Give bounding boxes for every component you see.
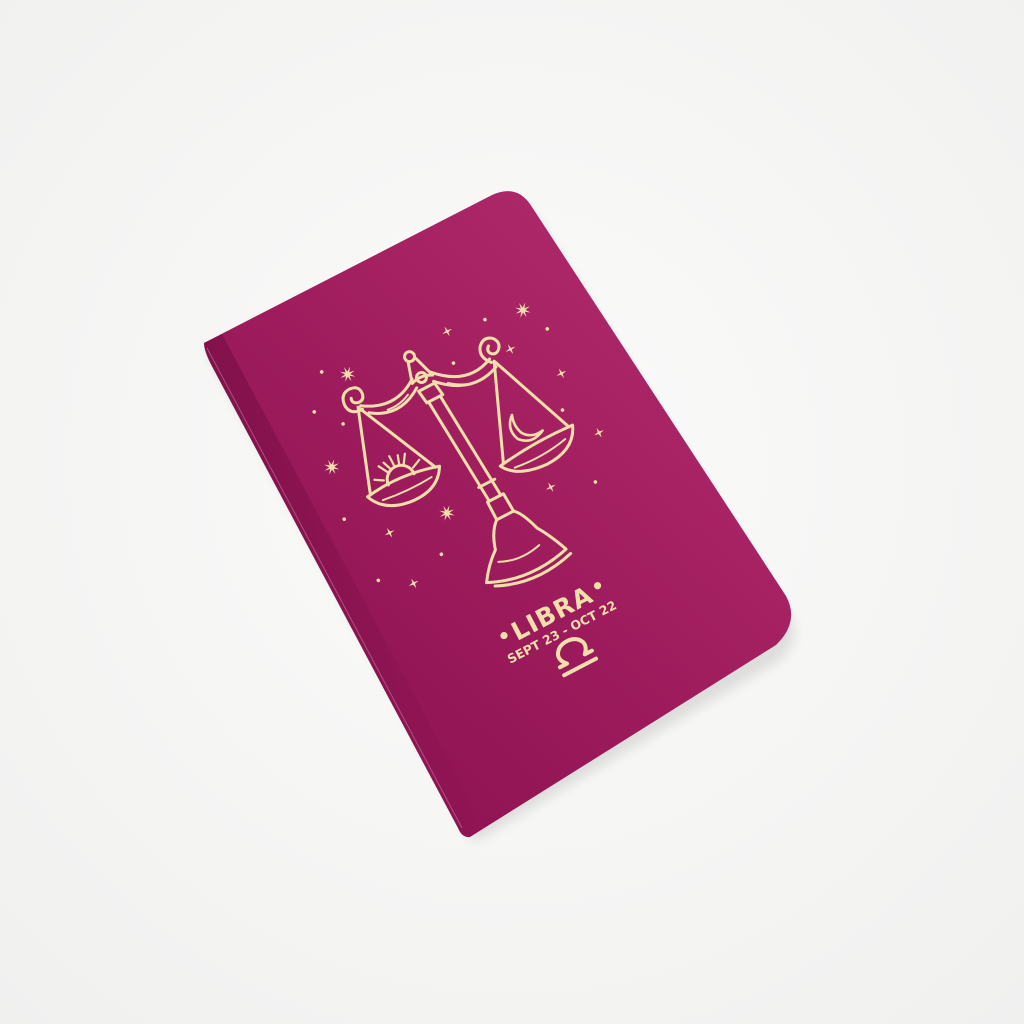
product-photo-scene: LIBRA SEPT 23 - OCT 22 (0, 0, 1024, 1024)
